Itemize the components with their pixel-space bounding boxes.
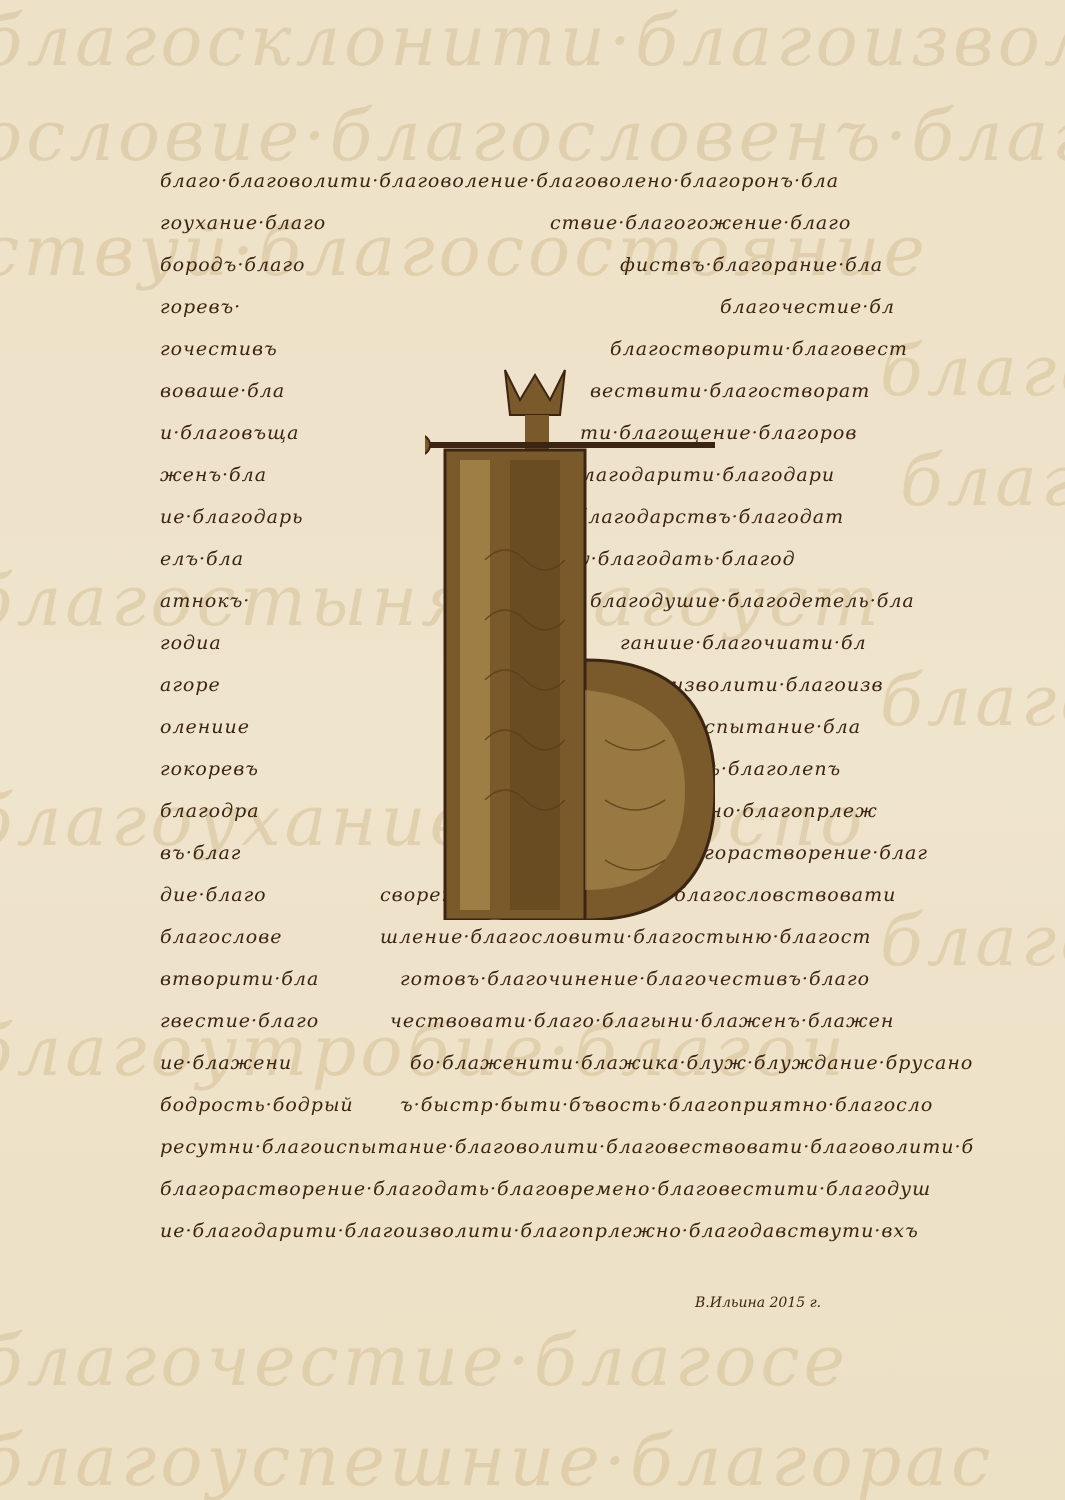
text-line: въ·благ [160, 842, 241, 864]
artist-signature: В.Ильина 2015 г. [695, 1295, 821, 1311]
text-line: ствие·благогожение·благо [550, 212, 851, 234]
text-line: воваше·бла [160, 380, 285, 402]
text-line: гоухание·благо [160, 212, 326, 234]
text-line: бодрость·бодрый [160, 1094, 354, 1116]
manuscript-page: благо·благоволити·благоволение·благоволе… [160, 150, 920, 1310]
text-line: благослове [160, 926, 283, 948]
text-line: благо·благоволити·благоволение·благоволе… [160, 170, 839, 192]
text-line: елъ·бла [160, 548, 244, 570]
text-line: гвестие·благо [160, 1010, 319, 1032]
text-line: гокоревъ [160, 758, 259, 780]
text-line: олениие [160, 716, 250, 738]
text-line: горевъ· [160, 296, 241, 318]
text-line: ресутни·благоиспытание·благоволити·благо… [160, 1136, 974, 1158]
bg-text-row: благочестие·благосе [0, 1320, 849, 1402]
text-line: бо·блаженити·блажика·блуж·блуждание·брус… [410, 1052, 973, 1074]
text-line: ие·благодарь [160, 506, 303, 528]
text-line: агоре [160, 674, 221, 696]
text-line: и·благовъща [160, 422, 299, 444]
text-line: женъ·бла [160, 464, 267, 486]
text-line: гочестивъ [160, 338, 278, 360]
text-line: шление·благословити·благостыню·благост [380, 926, 871, 948]
text-line: благостворити·благовест [610, 338, 908, 360]
text-line: благочестие·бл [720, 296, 895, 318]
text-line: бородъ·благо [160, 254, 305, 276]
text-line: дие·благо [160, 884, 267, 906]
bg-text-row: благосклонити·благоизволение·благ [0, 0, 1065, 82]
text-line: атнокъ· [160, 590, 250, 612]
bg-text-row: благоуспешние·благорас [0, 1420, 994, 1500]
text-line: чествовати·благо·благыни·блаженъ·блажен [390, 1010, 894, 1032]
text-line: фиствъ·благорание·бла [620, 254, 883, 276]
text-line: ие·благодарити·благоизволити·благопрлежн… [160, 1220, 919, 1242]
text-line: готовъ·благочинение·благочестивъ·благо [400, 968, 870, 990]
text-line: ие·блажени [160, 1052, 292, 1074]
text-line: благодра [160, 800, 260, 822]
text-line: годиа [160, 632, 222, 654]
text-line: ъ·быстр·быти·бъвость·благоприятно·благос… [400, 1094, 933, 1116]
text-line: втворити·бла [160, 968, 319, 990]
bg-text-row: благодатство·благослов [900, 440, 1065, 522]
text-line: благорастворение·благодать·благовремено·… [160, 1178, 931, 1200]
illuminated-initial-b [425, 360, 715, 920]
